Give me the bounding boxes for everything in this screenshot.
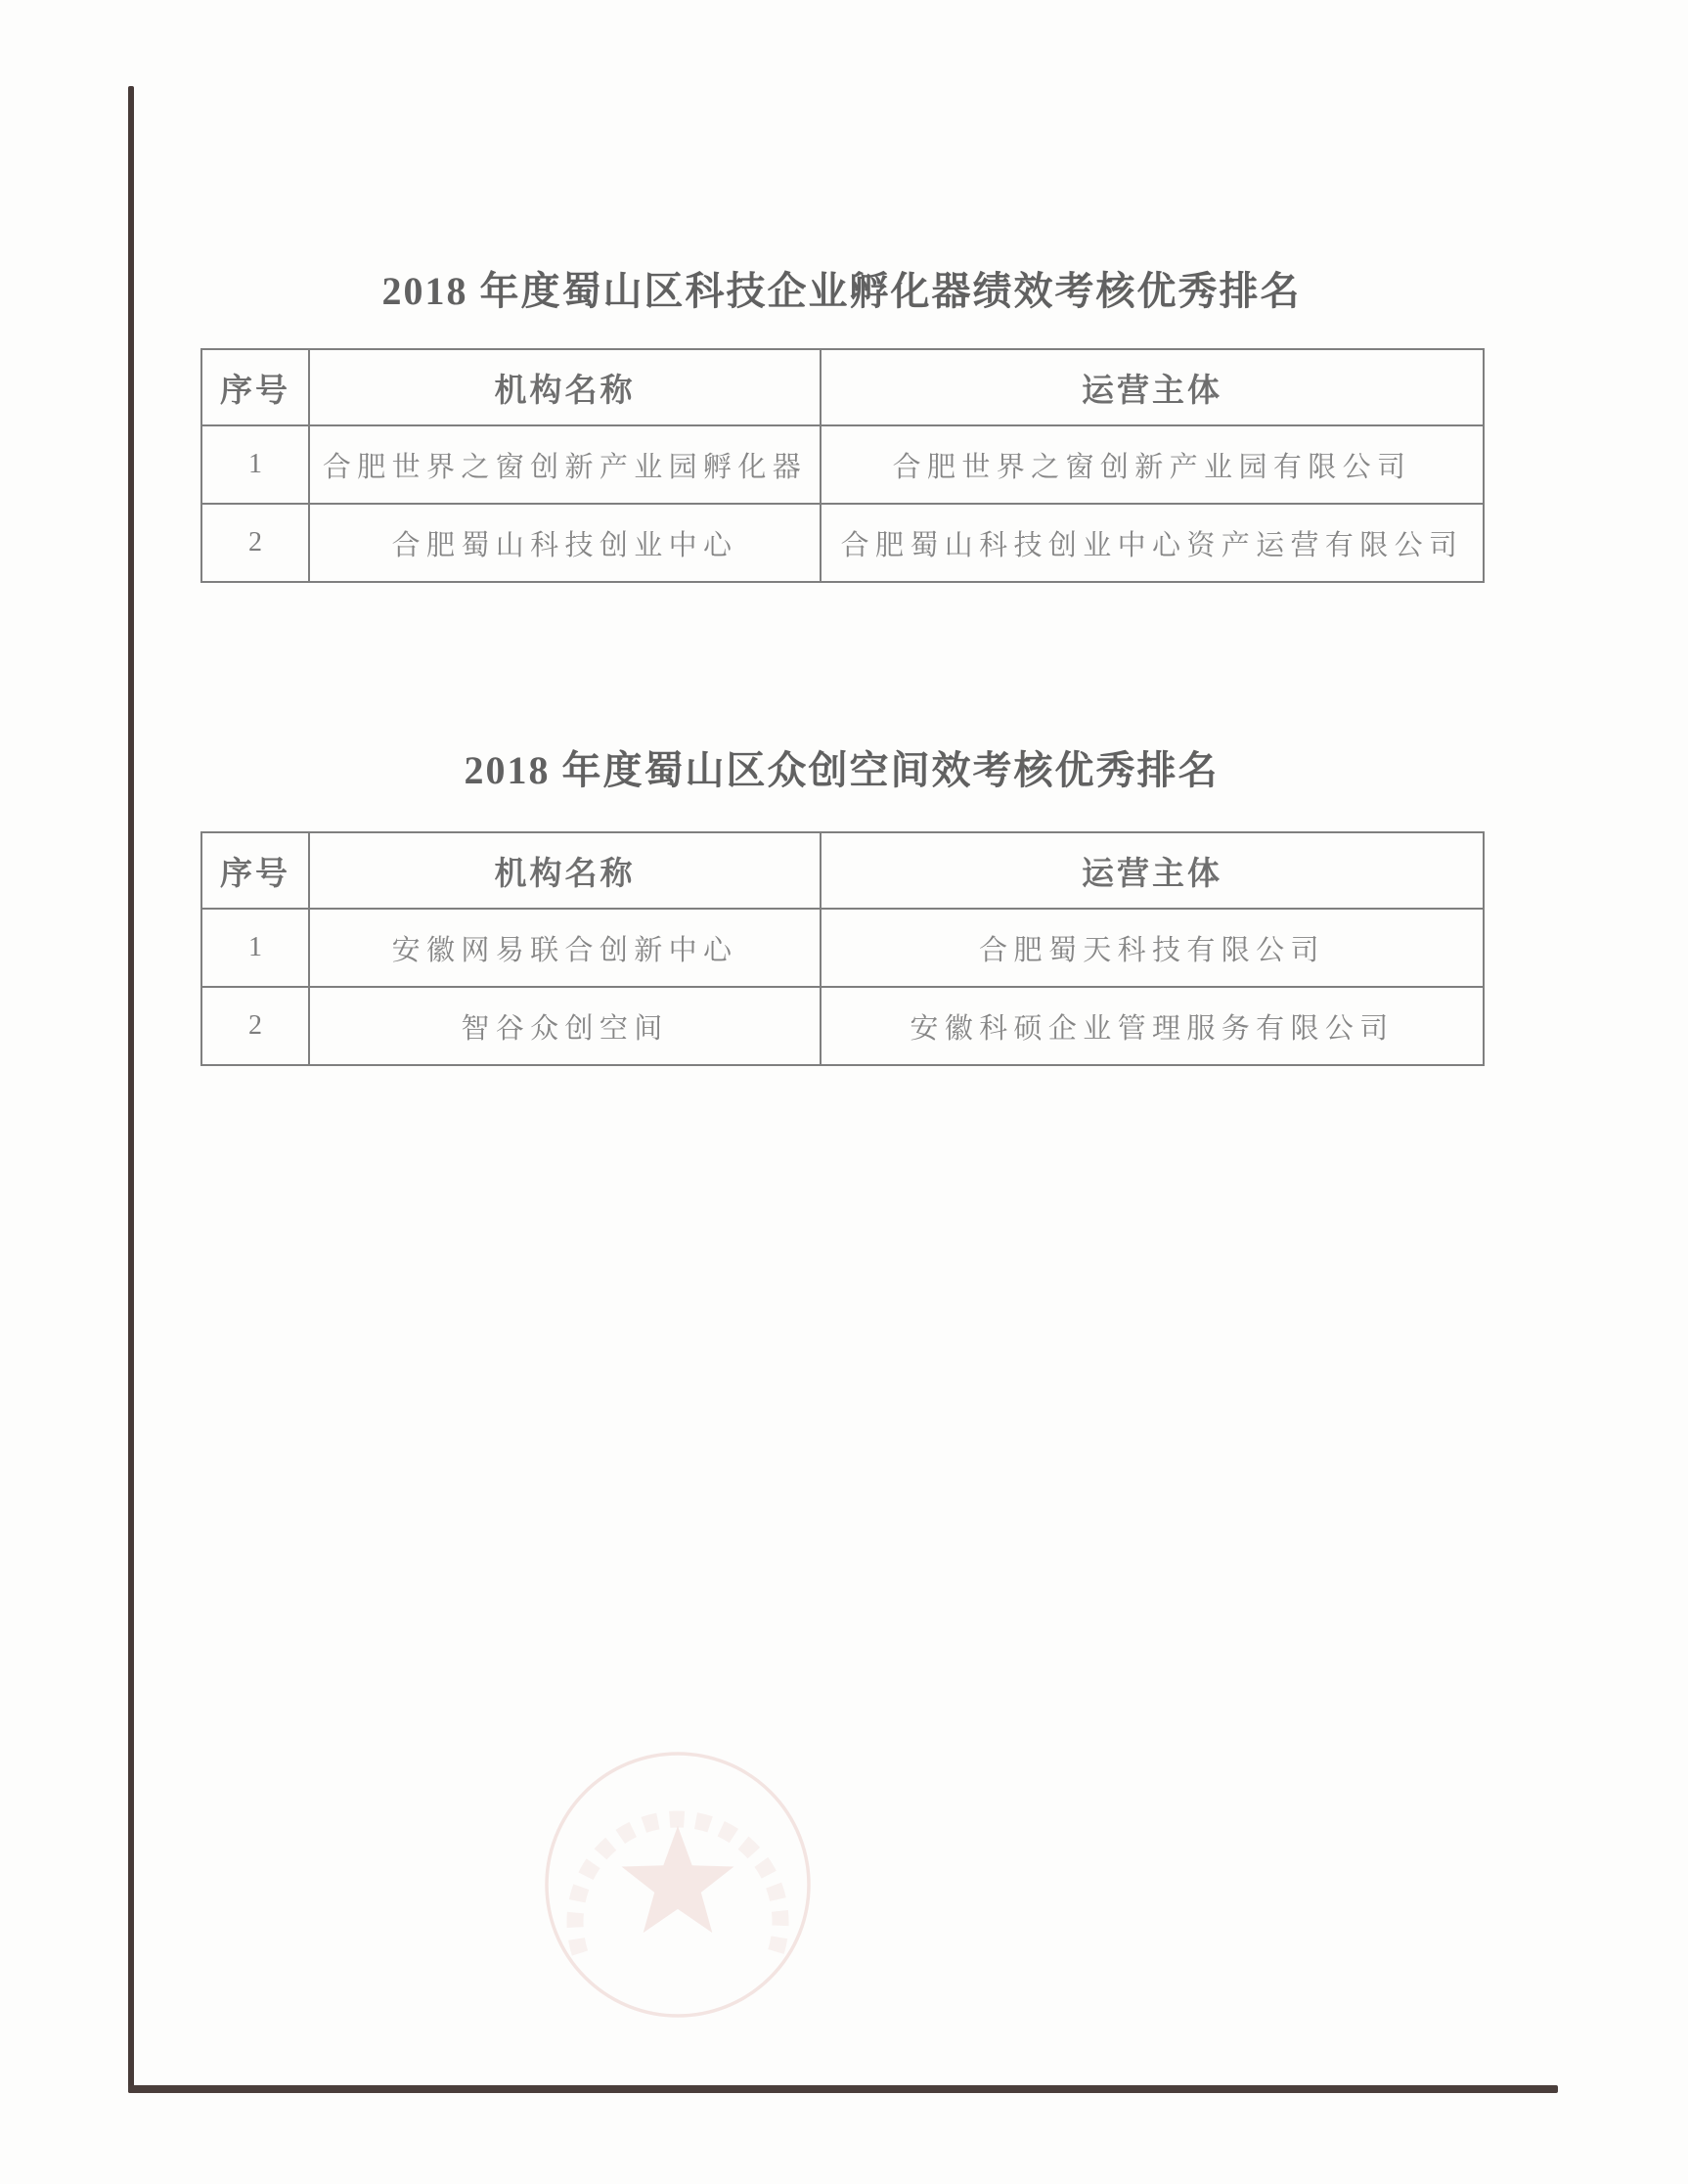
table-header-row: 序号 机构名称 运营主体 (201, 349, 1484, 425)
makerspace-ranking-title: 2018 年度蜀山区众创空间效考核优秀排名 (200, 739, 1483, 795)
table-row: 1 合肥世界之窗创新产业园孵化器 合肥世界之窗创新产业园有限公司 (201, 425, 1484, 504)
official-seal-stamp (536, 1743, 820, 2027)
rank-cell: 1 (201, 909, 309, 987)
makerspace-ranking-table: 序号 机构名称 运营主体 1 安徽网易联合创新中心 合肥蜀天科技有限公司 2 智… (200, 831, 1485, 1066)
rank-cell: 1 (201, 425, 309, 504)
scan-edge-left (128, 86, 134, 2093)
incubator-ranking-title: 2018 年度蜀山区科技企业孵化器绩效考核优秀排名 (200, 260, 1483, 316)
org-name-cell: 合肥世界之窗创新产业园孵化器 (309, 425, 821, 504)
org-name-cell: 智谷众创空间 (309, 987, 821, 1065)
column-header-org-name: 机构名称 (309, 349, 821, 425)
scanned-document-page: 2018 年度蜀山区科技企业孵化器绩效考核优秀排名 序号 机构名称 运营主体 1… (0, 0, 1688, 2184)
column-header-operator: 运营主体 (821, 349, 1484, 425)
operator-cell: 合肥世界之窗创新产业园有限公司 (821, 425, 1484, 504)
table-row: 1 安徽网易联合创新中心 合肥蜀天科技有限公司 (201, 909, 1484, 987)
column-header-org-name: 机构名称 (309, 832, 821, 909)
org-name-cell: 安徽网易联合创新中心 (309, 909, 821, 987)
column-header-index: 序号 (201, 349, 309, 425)
rank-cell: 2 (201, 504, 309, 582)
table-row: 2 智谷众创空间 安徽科硕企业管理服务有限公司 (201, 987, 1484, 1065)
org-name-cell: 合肥蜀山科技创业中心 (309, 504, 821, 582)
incubator-ranking-table: 序号 机构名称 运营主体 1 合肥世界之窗创新产业园孵化器 合肥世界之窗创新产业… (200, 348, 1485, 583)
rank-cell: 2 (201, 987, 309, 1065)
table-row: 2 合肥蜀山科技创业中心 合肥蜀山科技创业中心资产运营有限公司 (201, 504, 1484, 582)
operator-cell: 合肥蜀山科技创业中心资产运营有限公司 (821, 504, 1484, 582)
column-header-operator: 运营主体 (821, 832, 1484, 909)
table-header-row: 序号 机构名称 运营主体 (201, 832, 1484, 909)
star-icon (622, 1826, 734, 1933)
operator-cell: 安徽科硕企业管理服务有限公司 (821, 987, 1484, 1065)
operator-cell: 合肥蜀天科技有限公司 (821, 909, 1484, 987)
scan-edge-bottom (128, 2085, 1558, 2093)
column-header-index: 序号 (201, 832, 309, 909)
